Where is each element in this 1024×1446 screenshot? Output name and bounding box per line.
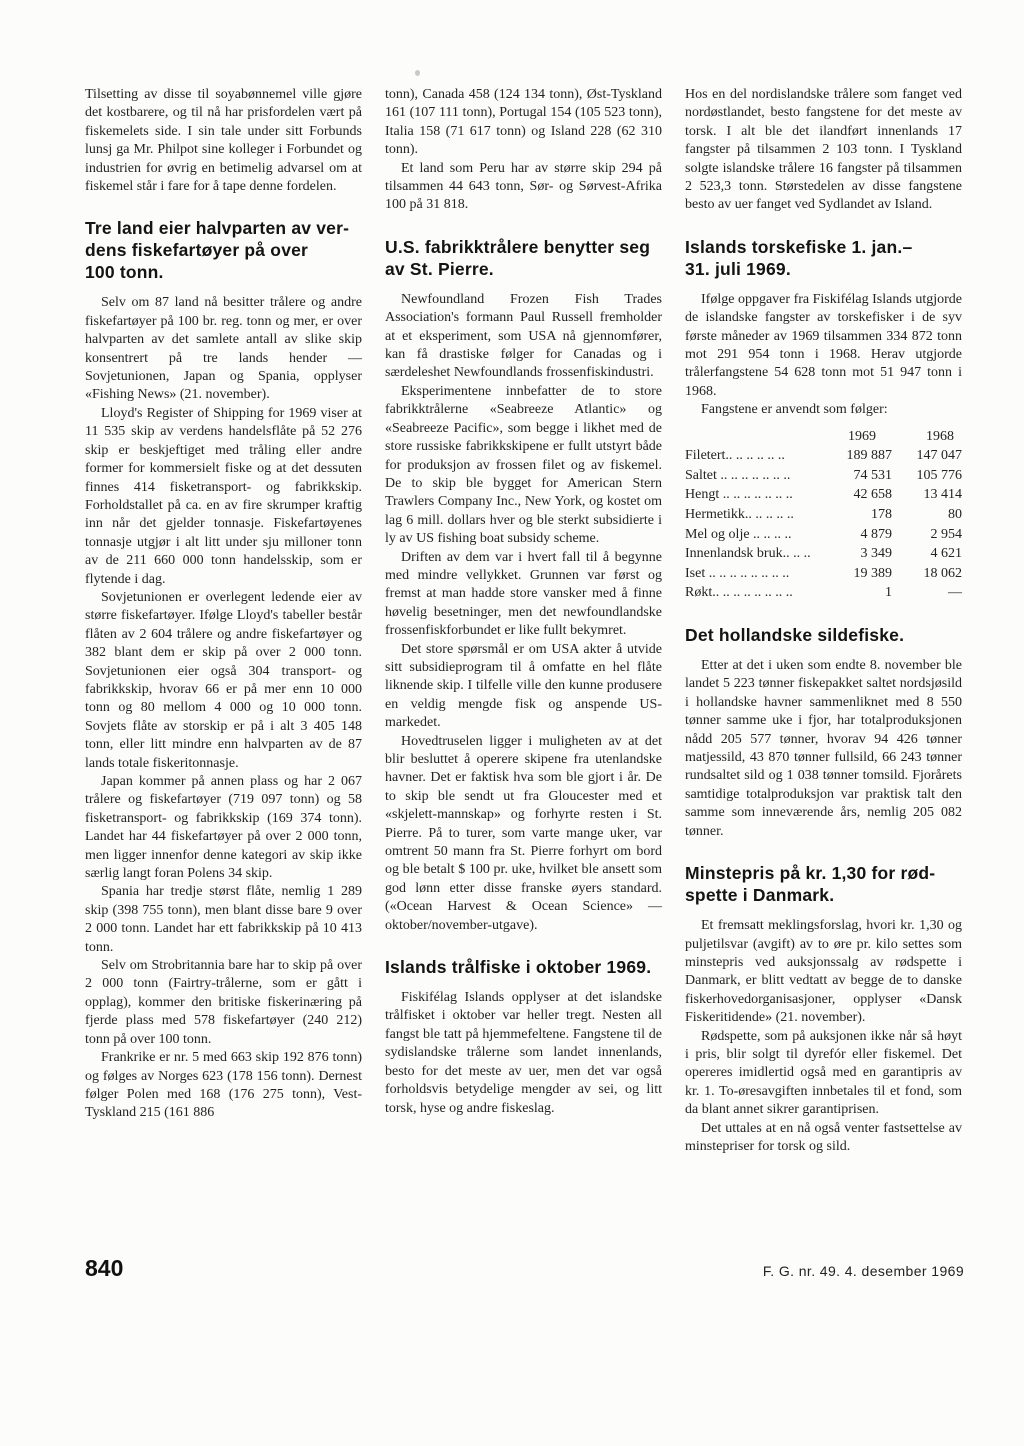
body-paragraph: Tilsetting av disse til soyabønnemel vil… [85, 86, 362, 196]
catch-usage-table: 19691968Filetert.. .. .. .. .. ..189 887… [685, 427, 962, 603]
table-year-header: 1968 [884, 427, 962, 447]
table-row: Iset .. .. .. .. .. .. .. ..19 38918 062 [685, 564, 962, 584]
body-paragraph: Newfoundland Frozen Fish Trades Associat… [385, 291, 662, 383]
body-paragraph: Driften av dem var i hvert fall til å be… [385, 549, 662, 641]
body-paragraph: Fiskifélag Islands opplyser at det islan… [385, 989, 662, 1118]
table-row-label: Innenlandsk bruk.. .. .. [685, 544, 822, 564]
body-paragraph: Det uttales at en nå også venter fastset… [685, 1120, 962, 1157]
table-value-1968: 13 414 [892, 485, 962, 505]
table-row-label: Røkt.. .. .. .. .. .. .. .. [685, 583, 822, 603]
table-value-1969: 3 349 [822, 544, 892, 564]
page-number: 840 [85, 1256, 123, 1280]
article-heading: Det hollandske sildefiske. [685, 624, 962, 646]
body-paragraph: Eksperimentene innbefatter de to store f… [385, 383, 662, 549]
body-paragraph: Selv om 87 land nå besitter trålere og a… [85, 294, 362, 404]
table-row: Mel og olje .. .. .. ..4 8792 954 [685, 525, 962, 545]
table-value-1968: 2 954 [892, 525, 962, 545]
table-header-row: 19691968 [685, 427, 962, 447]
table-value-1968: 147 047 [892, 446, 962, 466]
issue-line: F. G. nr. 49. 4. desember 1969 [763, 1263, 964, 1279]
table-row: Saltet .. .. .. .. .. .. ..74 531105 776 [685, 466, 962, 486]
article-heading: Islands torskefiske 1. jan.–31. juli 196… [685, 236, 962, 280]
body-paragraph: Selv om Strobritannia bare har to skip p… [85, 957, 362, 1049]
table-header-spacer [685, 427, 806, 447]
body-paragraph: Rødspette, som på auksjonen ikke når så … [685, 1028, 962, 1120]
body-paragraph: Frankrike er nr. 5 med 663 skip 192 876 … [85, 1049, 362, 1123]
table-value-1968: 80 [892, 505, 962, 525]
text-columns: Tilsetting av disse til soyabønnemel vil… [85, 86, 962, 1156]
table-value-1969: 19 389 [822, 564, 892, 584]
article-heading: Tre land eier halvparten av ver-dens fis… [85, 217, 362, 283]
column-2: tonn), Canada 458 (124 134 tonn), Øst-Ty… [385, 86, 662, 1156]
table-value-1969: 74 531 [822, 466, 892, 486]
table-row: Røkt.. .. .. .. .. .. .. ..1— [685, 583, 962, 603]
table-row-label: Filetert.. .. .. .. .. .. [685, 446, 822, 466]
table-value-1968: 18 062 [892, 564, 962, 584]
table-row: Innenlandsk bruk.. .. ..3 3494 621 [685, 544, 962, 564]
table-value-1968: 4 621 [892, 544, 962, 564]
body-paragraph: Et land som Peru har av større skip 294 … [385, 160, 662, 215]
magazine-page: Tilsetting av disse til soyabønnemel vil… [0, 0, 1024, 1446]
table-row-label: Iset .. .. .. .. .. .. .. .. [685, 564, 822, 584]
body-paragraph: Hovedtruselen ligger i muligheten av at … [385, 733, 662, 935]
table-year-header: 1969 [806, 427, 884, 447]
table-row-label: Saltet .. .. .. .. .. .. .. [685, 466, 822, 486]
scan-artifact-dot [415, 70, 420, 76]
table-row-label: Hengt .. .. .. .. .. .. .. [685, 485, 822, 505]
table-value-1969: 1 [822, 583, 892, 603]
table-row-label: Hermetikk.. .. .. .. .. [685, 505, 822, 525]
body-paragraph: Fangstene er anvendt som følger: [685, 401, 962, 419]
body-paragraph: Hos en del nordislandske trålere som fan… [685, 86, 962, 215]
table-value-1968: — [892, 583, 962, 603]
body-paragraph: Sovjetunionen er overlegent ledende eier… [85, 589, 362, 773]
table-value-1969: 178 [822, 505, 892, 525]
body-paragraph: Spania har tredje størst flåte, nemlig 1… [85, 883, 362, 957]
body-paragraph: Ifølge oppgaver fra Fiskifélag Islands u… [685, 291, 962, 401]
body-paragraph: tonn), Canada 458 (124 134 tonn), Øst-Ty… [385, 86, 662, 160]
article-heading: Minstepris på kr. 1,30 for rød-spette i … [685, 862, 962, 906]
body-paragraph: Lloyd's Register of Shipping for 1969 vi… [85, 405, 362, 589]
column-3: Hos en del nordislandske trålere som fan… [685, 86, 962, 1156]
body-paragraph: Det store spørsmål er om USA akter å utv… [385, 641, 662, 733]
body-paragraph: Japan kommer på annen plass og har 2 067… [85, 773, 362, 883]
table-value-1969: 4 879 [822, 525, 892, 545]
table-row: Hermetikk.. .. .. .. ..17880 [685, 505, 962, 525]
column-1: Tilsetting av disse til soyabønnemel vil… [85, 86, 362, 1156]
table-row: Hengt .. .. .. .. .. .. ..42 65813 414 [685, 485, 962, 505]
table-value-1968: 105 776 [892, 466, 962, 486]
article-heading: U.S. fabrikktrålere benytter segav St. P… [385, 236, 662, 280]
table-row: Filetert.. .. .. .. .. ..189 887147 047 [685, 446, 962, 466]
table-row-label: Mel og olje .. .. .. .. [685, 525, 822, 545]
article-heading: Islands trålfiske i oktober 1969. [385, 956, 662, 978]
table-value-1969: 189 887 [822, 446, 892, 466]
body-paragraph: Etter at det i uken som endte 8. novembe… [685, 657, 962, 841]
page-footer: 840 F. G. nr. 49. 4. desember 1969 [85, 1256, 964, 1280]
table-value-1969: 42 658 [822, 485, 892, 505]
body-paragraph: Et fremsatt meklingsforslag, hvori kr. 1… [685, 917, 962, 1027]
